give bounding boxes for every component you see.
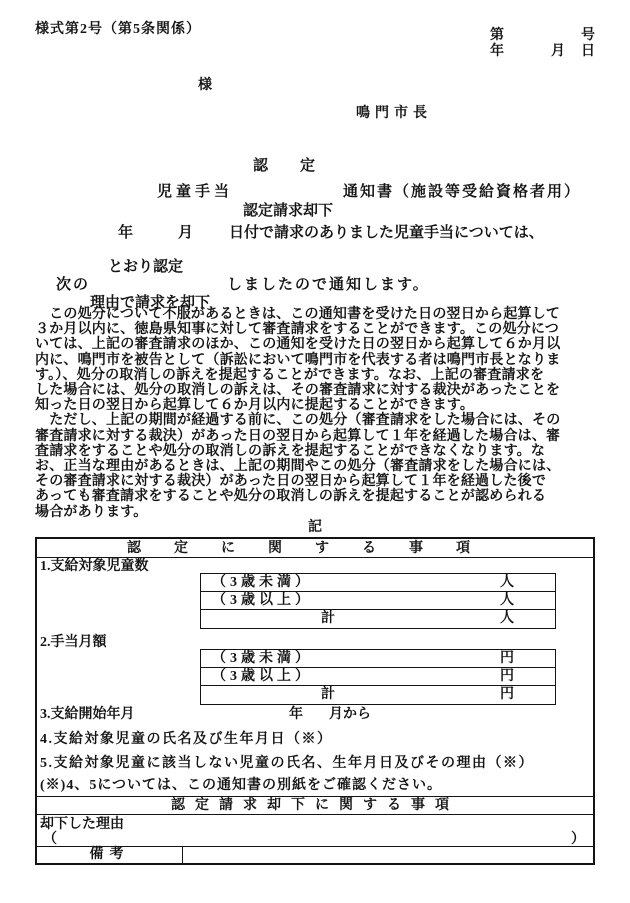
start-year-label: 年	[289, 707, 303, 722]
table-row: （3歳未満） 円	[201, 650, 555, 668]
ki-heading: 記	[0, 520, 630, 536]
row-unit: 円	[497, 686, 517, 703]
legal-notice: この処分について不服があるときは、この通知書を受けた日の翌日から起算して ３か月…	[35, 307, 595, 520]
row-label: （3歳未満）	[212, 650, 313, 667]
title-option-approved: 認定	[253, 158, 315, 175]
legal-line: 査請求をすることや処分の取消しの訴えを提起することができなくなります。な	[35, 444, 595, 459]
monthly-amount-table: （3歳未満） 円 （3歳以上） 円 計 円	[200, 649, 556, 705]
remarks-label: 備考	[37, 847, 183, 863]
table-row: （3歳以上） 人	[201, 592, 555, 610]
item-start-date-label: 3.支給開始年月	[40, 707, 135, 722]
row-unit: 円	[497, 650, 517, 667]
legal-line: その審査請求に対する裁決）があった日の翌日から起算して１年を経過した後で	[35, 474, 595, 489]
request-sentence: 日付で請求のありました児童手当については、	[229, 225, 544, 242]
legal-line: 内に、鳴門市を被告として（訴訟において鳴門市を代表する者は鳴門市長となりま	[35, 353, 595, 368]
rejection-reason-label: 却下した理由	[40, 817, 124, 832]
row-unit: 円	[497, 668, 517, 685]
legal-line: ３か月以内に、徳島県知事に対して審査請求をすることができます。この処分につ	[35, 322, 595, 337]
legal-line: 審査請求に対する裁決）があった日の翌日から起算して１年を経過した場合は、審	[35, 429, 595, 444]
date-month-label: 月	[551, 44, 565, 60]
legal-line: お、正当な理由があるときは、上記の期間やこの処分（審査請求をした場合には、	[35, 459, 595, 474]
request-year-label: 年	[118, 225, 133, 242]
decision-suffix: しましたので通知します。	[227, 277, 430, 294]
sender-name: 鳴門市長	[356, 106, 432, 122]
attachment-note: (※)4、5については、この通知書の別紙をご確認ください。	[40, 778, 442, 793]
title-suffix: 通知書（施設等受給資格者用）	[343, 184, 581, 201]
row-label: （3歳未満）	[212, 574, 313, 591]
legal-line: 場合があります。	[35, 505, 595, 520]
approval-section-header: 認定に関する事項	[37, 539, 593, 558]
row-label: 計	[201, 686, 457, 703]
decision-table: 認定に関する事項 1.支給対象児童数 （3歳未満） 人 （3歳以上） 人 計 人…	[35, 537, 595, 865]
child-count-table: （3歳未満） 人 （3歳以上） 人 計 人	[200, 573, 556, 629]
row-unit: 人	[497, 610, 517, 627]
recipient-honorific: 様	[198, 78, 212, 94]
legal-line: 知った日の翌日から起算して６か月以内に提起することができます。	[35, 398, 595, 413]
row-unit: 人	[497, 592, 517, 609]
table-row-total: 計 円	[201, 686, 555, 704]
row-label: 計	[201, 610, 457, 627]
form-number: 様式第2号（第5条関係）	[35, 22, 201, 38]
title-option-rejected: 認定請求却下	[243, 203, 333, 220]
date-year-label: 年	[490, 44, 504, 60]
legal-line: いては、上記の審査請求のほか、この通知を受けた日の翌日から起算して６か月以	[35, 337, 595, 352]
rejection-reason-paren-open: （	[43, 832, 57, 847]
row-unit: 人	[497, 574, 517, 591]
notification-document: 様式第2号（第5条関係） 第 号 年 月 日 様 鳴門市長 児童手当 認定 認定…	[0, 0, 630, 903]
legal-line: この処分について不服があるときは、この通知書を受けた日の翌日から起算して	[35, 307, 595, 322]
rejection-reason-paren-close: ）	[571, 832, 585, 847]
doc-number-suffix: 号	[581, 28, 595, 44]
decision-option-approved: とおり認定	[108, 259, 183, 276]
legal-line: ただし、上記の期間が経過する前に、この処分（審査請求をした場合には、その	[35, 413, 595, 428]
request-month-label: 月	[178, 225, 193, 242]
date-day-label: 日	[581, 44, 595, 60]
decision-prefix: 次の	[56, 277, 90, 294]
item-eligible-children-names: 4.支給対象児童の氏名及び生年月日（※）	[40, 732, 333, 747]
row-label: （3歳以上）	[212, 592, 313, 609]
table-row: （3歳以上） 円	[201, 668, 555, 686]
table-row: （3歳未満） 人	[201, 574, 555, 592]
item-ineligible-children-names: 5.支給対象児童に該当しない児童の氏名、生年月日及びその理由（※）	[40, 756, 534, 771]
item-child-count-label: 1.支給対象児童数	[40, 559, 149, 574]
table-row-total: 計 人	[201, 610, 555, 628]
doc-number-prefix: 第	[490, 28, 504, 44]
legal-line: した場合には、処分の取消しの訴えは、その審査請求に対する裁決があったことを	[35, 383, 595, 398]
item-monthly-amount-label: 2.手当月額	[40, 635, 107, 650]
legal-line: あっても審査請求をすることや処分の取消しの訴えを提起することが認められる	[35, 489, 595, 504]
remarks-row: 備考	[37, 846, 593, 863]
rejection-section-header: 認定請求却下に関する事項	[37, 796, 593, 815]
row-label: （3歳以上）	[212, 668, 313, 685]
start-month-from-label: 月から	[329, 707, 371, 722]
title-prefix: 児童手当	[157, 184, 233, 201]
legal-line: す。）、処分の取消しの訴えを提起することができます。なお、上記の審査請求を	[35, 368, 595, 383]
